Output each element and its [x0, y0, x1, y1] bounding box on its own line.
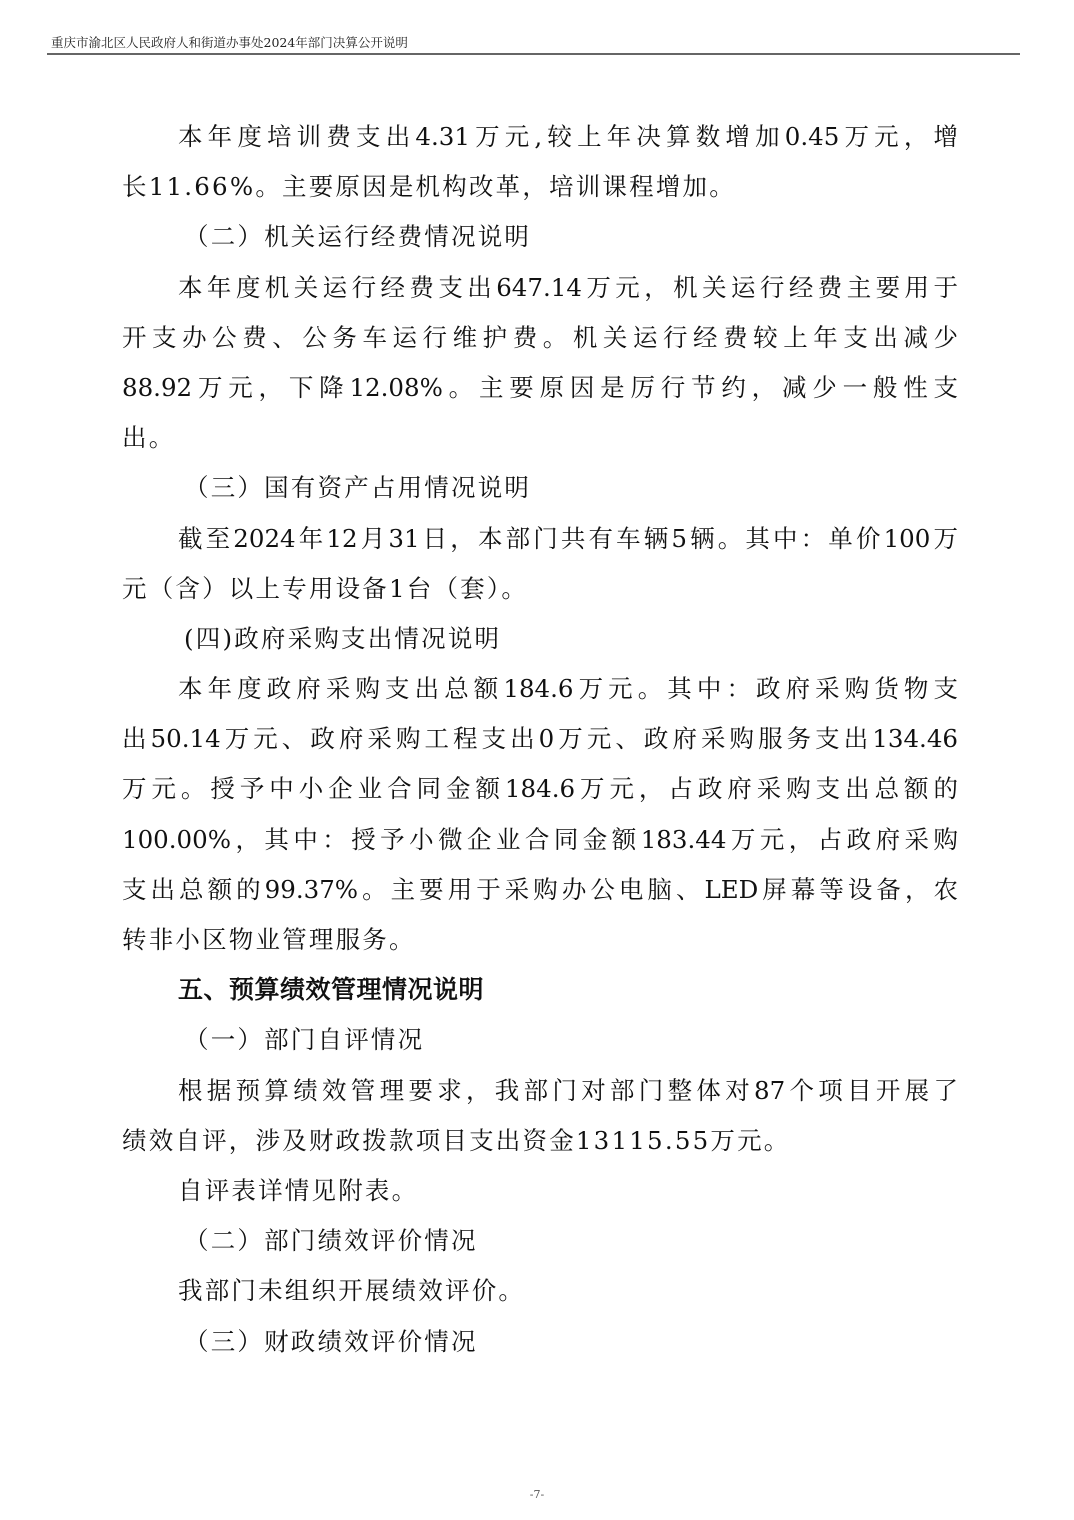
paragraph-line: 88.92万元，下降12.08%。主要原因是厉行节约，减少一般性支	[122, 363, 958, 413]
paragraph-line: 本年度机关运行经费支出647.14万元，机关运行经费主要用于	[122, 263, 958, 313]
subheading-self-evaluation: （一）部门自评情况	[122, 1015, 958, 1065]
subheading-operating-expenses: （二）机关运行经费情况说明	[122, 212, 958, 262]
paragraph-line: 出。	[122, 413, 958, 463]
subheading-department-evaluation: （二）部门绩效评价情况	[122, 1216, 958, 1266]
paragraph-line: 本年度培训费支出4.31万元,较上年决算数增加0.45万元，增	[122, 112, 958, 162]
section-heading-performance-management: 五、预算绩效管理情况说明	[122, 965, 958, 1015]
paragraph-line: 根据预算绩效管理要求，我部门对部门整体对87个项目开展了	[122, 1066, 958, 1116]
paragraph-line: 出50.14万元、政府采购工程支出0万元、政府采购服务支出134.46	[122, 714, 958, 764]
paragraph-line: 支出总额的99.37%。主要用于采购办公电脑、LED屏幕等设备，农	[122, 865, 958, 915]
paragraph-line: 开支办公费、公务车运行维护费。机关运行经费较上年支出减少	[122, 313, 958, 363]
paragraph-line: 元（含）以上专用设备1台（套）。	[122, 564, 958, 614]
paragraph-line: 转非小区物业管理服务。	[122, 915, 958, 965]
paragraph-line: 长11.66%。主要原因是机构改革，培训课程增加。	[122, 162, 958, 212]
paragraph-line: 万元。授予中小企业合同金额184.6万元，占政府采购支出总额的	[122, 764, 958, 814]
document-body: 本年度培训费支出4.31万元,较上年决算数增加0.45万元，增 长11.66%。…	[122, 112, 958, 1367]
paragraph-line: 截至2024年12月31日，本部门共有车辆5辆。其中：单价100万	[122, 514, 958, 564]
subheading-government-procurement: (四)政府采购支出情况说明	[122, 614, 958, 664]
paragraph-line: 本年度政府采购支出总额184.6万元。其中：政府采购货物支	[122, 664, 958, 714]
document-title: 重庆市渝北区人民政府人和街道办事处2024年部门决算公开说明	[51, 33, 408, 51]
page-number: -7-	[0, 1488, 1074, 1501]
paragraph-line: 绩效自评，涉及财政拨款项目支出资金13115.55万元。	[122, 1116, 958, 1166]
subheading-fiscal-evaluation: （三）财政绩效评价情况	[122, 1317, 958, 1367]
paragraph-line: 自评表详情见附表。	[122, 1166, 958, 1216]
subheading-state-assets: （三）国有资产占用情况说明	[122, 463, 958, 513]
paragraph-line: 我部门未组织开展绩效评价。	[122, 1266, 958, 1316]
page-header: 重庆市渝北区人民政府人和街道办事处2024年部门决算公开说明	[47, 30, 1020, 55]
paragraph-line: 100.00%，其中：授予小微企业合同金额183.44万元，占政府采购	[122, 815, 958, 865]
